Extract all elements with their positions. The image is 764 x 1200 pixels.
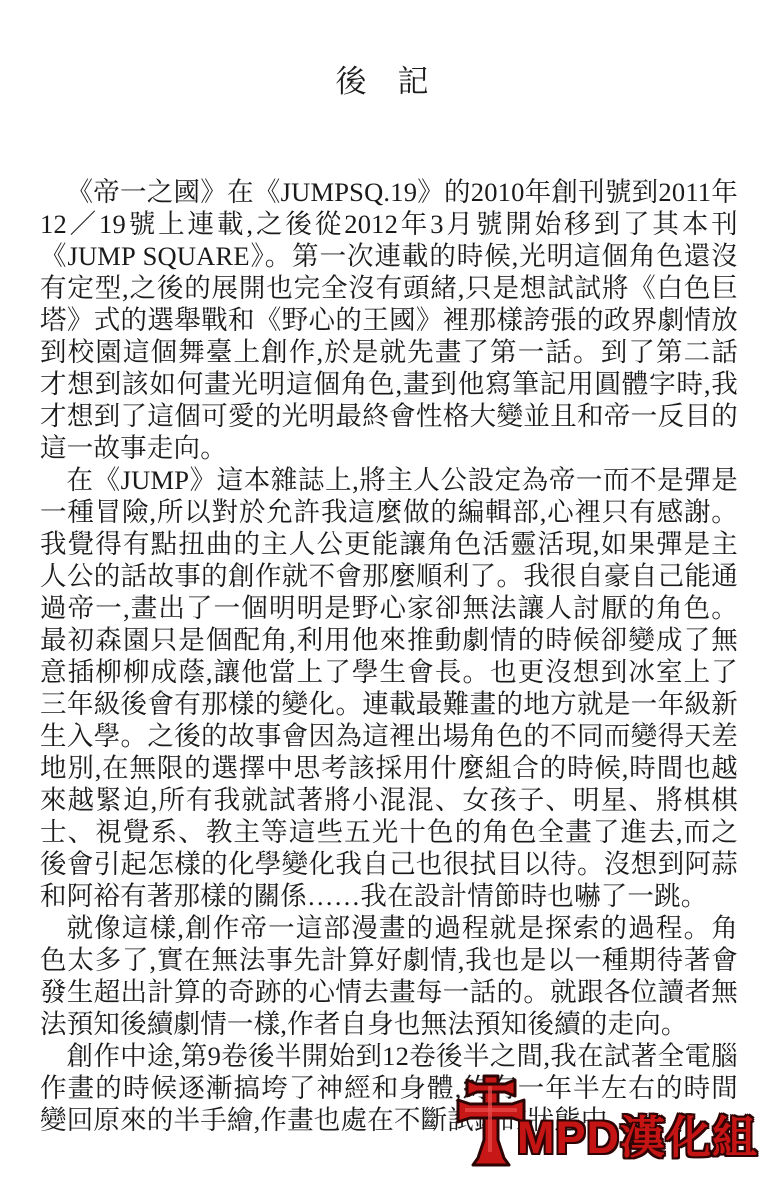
page-title: 後 記 [0,56,764,101]
afterword-page: 後 記 《帝一之國》在《JUMPSQ.19》的2010年創刊號到2011年12／… [0,0,764,1200]
watermark-text: MPD漢化組 [517,1115,758,1168]
scanlation-group-watermark: MPD漢化組 [455,1072,758,1168]
paragraph: 在《JUMP》這本雜誌上,將主人公設定為帝一而不是彈是一種冒險,所以對於允許我這… [40,464,738,912]
afterword-body: 《帝一之國》在《JUMPSQ.19》的2010年創刊號到2011年12／19號上… [40,176,738,1136]
paragraph: 《帝一之國》在《JUMPSQ.19》的2010年創刊號到2011年12／19號上… [40,176,738,464]
paragraph: 就像這樣,創作帝一這部漫畫的過程就是探索的過程。角色太多了,實在無法事先計算好劇… [40,912,738,1040]
